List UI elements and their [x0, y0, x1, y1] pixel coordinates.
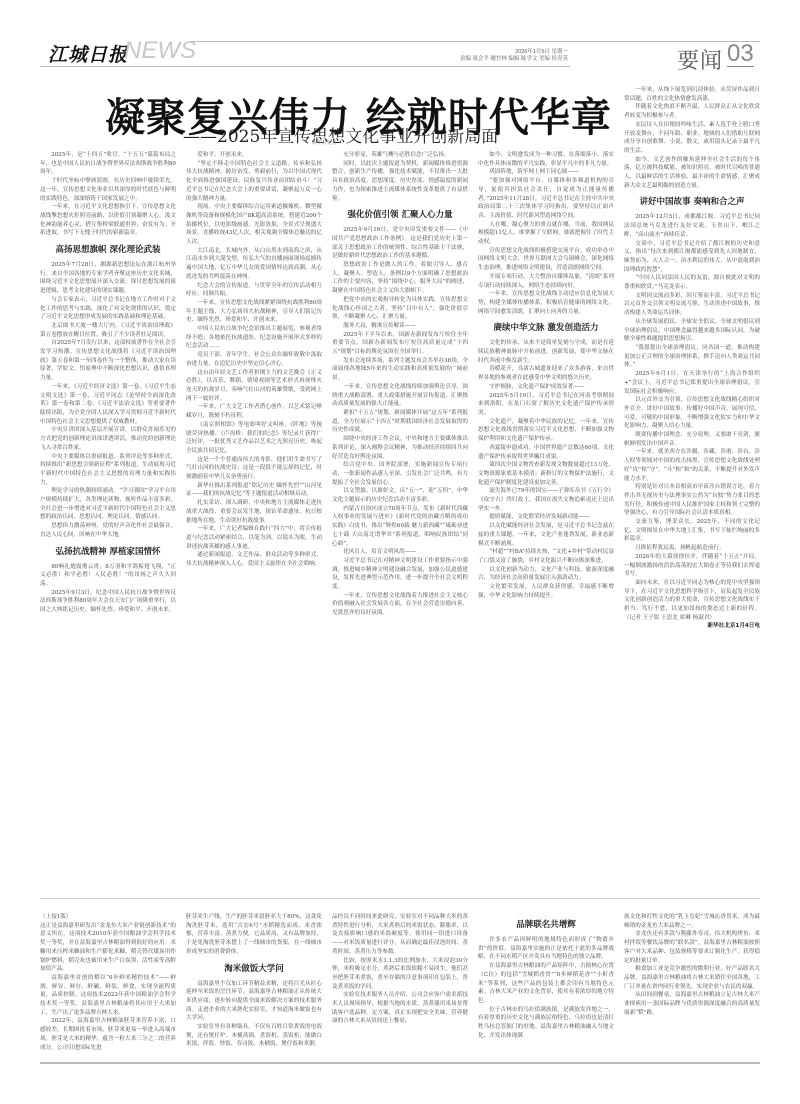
paragraph: 紧扣“十五五”规划，新闻媒体开展“这五年”系列报道，全方位展示“十四五”时期我国… — [332, 409, 468, 435]
paragraph: 充分彰显，英雄气概与必胜信念广泛弘扬。 — [332, 151, 468, 160]
paragraph: 党员干部、青年学生、社会公众在缅怀致敬中汲取奋进力量，在追忆历史中坚定信心决心。 — [186, 351, 322, 368]
section-divider — [40, 898, 760, 899]
paragraph: 2022年，益海嘉里吉林粮油胚芽米营养丰富，口感较差，长期困扰着市场，胚芽米更易… — [40, 1017, 176, 1052]
paragraph: 且纵征程犹远衷，扬帆起航赴前行。 — [624, 544, 760, 553]
paragraph: 2026年的大幕徐徐拉开，伴随着“十五五”开局，一幅烟波激扬的浩浩荡荡的宏大图卷… — [624, 553, 760, 579]
paragraph: 于时代坐标中擘画蓝图，在历史回响中赓续荣光。这一年，宣传思想文化事业以其深厚的时… — [40, 177, 176, 203]
paragraph: 大江南北，长城内外，从白山黑水到南海之滨，从江南水乡到大漠戈壁，传弘大气的直播画… — [186, 247, 322, 282]
paragraph: 文化繁荣发展，人民群众获得感、幸福感不断增强，中华文化影响力持续提升。 — [478, 583, 614, 600]
section-heading: 品牌联名共增辉 — [478, 919, 614, 931]
article1-column-1: 2025年，是“十四五”收官、“十五五”谋篇布局之年，也是中国人民抗日战争暨世界… — [40, 151, 176, 891]
paragraph: 以元首外交为引领，宣传思想文化战线精心组织对外宣介，讲好中国故事、传播好中国声音… — [624, 396, 760, 431]
paragraph: 通过新闻报道、文艺作品、群众活动等多种形式，伟大抗战精神深入人心，爱国主义旋律在… — [186, 551, 322, 568]
paragraph: 交流互鉴，博采众长。2025年，不同的文化记忆、文明图景在中华大地上汇集，书写下… — [624, 518, 760, 544]
paragraph: 理论学习的热潮持续涌动。“学习强国”学习平台用户规模持续扩大，各类理论读物、视听… — [40, 487, 176, 522]
paragraph: 如今，文明愈发成为一种习惯。在落细落小、落实中化作具体而微的平凡实践，彰显平凡中… — [478, 151, 614, 168]
paragraph: 思想政治工作是做人的工作。着眼引导人、感召人、凝聚人、塑造人，条例以9个方面明确… — [332, 261, 468, 296]
paragraph: 现场，中央主要媒体综合运用索道摄像机、微型摄像机等设备和规模化国产8K超高清系统… — [186, 203, 322, 247]
article2-column-3: 品控员不同时间来此研究，实验室对不同品种大米的蒸煮特性进行分析，大米煮熟后的米饭… — [332, 913, 468, 1058]
paragraph: 西夏陵申遗成功，中国世界遗产总数达60项，文化遗产保护传承取得世界瞩目成果。 — [478, 444, 614, 461]
article1-column-3: 充分彰显，英雄气概与必胜信念广泛弘扬。同时，以此次主题报道为契机，新闻媒体推进资… — [332, 151, 468, 891]
paragraph: 以文塑旅、以旅彰文，庆“五一”、迎“五四”，中华文化主题展示的历史纪念活动丰富多… — [332, 487, 468, 504]
paragraph: 2025年12月5日，成都都江堰。习近平总书记同法国总统马克龙进行友好交流。玉垒… — [624, 213, 760, 239]
paper-name: 江城日报 — [48, 40, 128, 67]
paragraph: 发布会连续多场，系列主题发布会共举办38场，全面展现各地域5年来的生动实践和高质… — [332, 357, 468, 383]
paragraph: 一年来，在习近平文化思想指引下，宣传思想文化战线擎思想火炬照亮前路，以价值引领凝… — [40, 203, 176, 238]
paragraph: 2025年9月1日，在天津举行的“上海合作组织+”会议上，习近平总书记郑重提出全… — [624, 370, 760, 396]
paragraph: 新华社推出系列报道“铭记历史 缅怀先烈”“山河见证——我们的抗战记忆”等主题报道… — [186, 482, 322, 499]
paragraph: 春暖花开，良渚古城遗址迎来了众多游客，来自世界各地的参观者在此感受中华文明的悠久… — [478, 365, 614, 382]
paragraph: 从田间到餐桌，益海嘉里吉林粮油立足吉林大米产业探索出一条国际品牌与优质资源深度融… — [624, 991, 760, 1017]
paragraph: 同时，以此次主题报道为契机，新闻媒体推进资源整合，创新生产传播，强化技术赋能，不… — [332, 160, 468, 204]
section-title: 要闻 — [677, 44, 723, 75]
paragraph: 第四次全国文物普查新发现文物数量超过13万处，文物资源家底基本摸清；新修订的文物… — [478, 461, 614, 487]
paragraph: 粮食加工业是竞争激烈的微利行业。好产品联名大品牌，益海嘉里吉林粮油将吉林大米销往… — [624, 965, 760, 991]
paragraph: 北京图书大厦一楼大厅内，《习近平谈治国理政》第五卷摆放在醒目位置，吸引了不少读者… — [40, 322, 176, 339]
paragraph: 在益海嘉里吉林粮油的产品矩阵中，占据核心位置（C位）的包括“雪城稻香贯”“6步鲜… — [478, 962, 614, 1006]
paragraph: 80响礼炮震彻云霄，8万羽和平鸽振翅飞翔，“正义必胜！和平必胜！人民必胜！”的昂… — [40, 563, 176, 589]
paragraph: 一年来，宣传思想文化战线着力推进社会主义核心价值观融入社会发展各方面，在全社会营… — [332, 592, 468, 618]
section-heading: 淘米做饭大学问 — [186, 963, 322, 975]
paragraph: 与会专家表示，习近平总书记在地方工作时对于文化工作的思考与实践，深化了对文化规律… — [40, 296, 176, 322]
brand-suffix: NEWS — [124, 37, 196, 65]
paragraph: “我愿提出全球治理倡议，同各国一道，推动构建更加公正合理的全球治理体系，携手迈向… — [624, 344, 760, 370]
paragraph: 一年来，宣传思想文化战线持续加强舆论引导，围绕重大战略部署、重大政策措施开展宣传… — [332, 383, 468, 409]
paragraph: 2025年9月3日，纪念中国人民抗日战争暨世界反法西斯战争胜利80周年大会在天安… — [40, 589, 176, 615]
masthead-bottom-rule-right — [270, 66, 570, 67]
paragraph: 胚芽米生产线，生产的胚芽米留胚率大于80%，这款免淘洗胚芽米，选用“吉宏6号”水… — [186, 913, 322, 957]
paragraph: “村超”“村BA”持续火热，“文化+乡村”带动村民富了口袋又富了脑袋，乡村文化振… — [478, 548, 614, 565]
paragraph: 文化的传承，从来不是简单复刻与守成，而是在延续民族精神血脉中开拓前进，创新发展，… — [478, 339, 614, 365]
paragraph: （上接1版） — [40, 913, 176, 922]
paragraph: 这台由年轻文艺工作者担纲主力的文艺晚会《正义必胜》，以音乐、舞蹈、情境戏剧等艺术… — [186, 369, 322, 404]
dateline: 新华社北京1月4日电 — [624, 622, 760, 631]
section-heading: 赓续中华文脉 激发创造活力 — [478, 322, 614, 334]
article-byline: 新华社记者 — [312, 139, 337, 146]
paragraph: 围绕中央经济工作会议，中央和地方主要媒体推出系列评论，深入阐释会议精神，为推动经… — [332, 435, 468, 461]
paragraph: 交谈中，习近平总书记介绍了都江堰的历史和意义，指出“每次来到都江堰都能感受到先人… — [624, 240, 760, 275]
paragraph: 位于吉林市的乌拉街满族镇，是满族发祥地之一，有着厚重的历史文化与满族民俗特色。乌… — [478, 1006, 614, 1041]
masthead-bottom-rule — [40, 66, 270, 67]
paragraph: 一年来，《习近平经济文选》第一卷、《习近平生态文明文选》第一卷、习近平同志《论坚… — [40, 383, 176, 427]
issue-info: 2026年1月5日 星期一 责编 巢会平 璩竹林 编辑 陈学文 美编 侯青英 — [460, 49, 568, 63]
paragraph: 一年来，宣传思想文化战线紧紧围绕抗战胜利80周年主题主线，大力弘扬伟大抗战精神，… — [186, 299, 322, 325]
paragraph: 思想伟力激荡神州，党的好声音化作社会最强音，直达人民心间，回响在中华大地。 — [40, 522, 176, 539]
section-heading: 弘扬抗战精神 厚植家国情怀 — [40, 546, 176, 558]
paragraph: 开展专项行动，大力整治自媒体乱象，“清朗”系列专项行动持续深入，网络生态持续向好… — [478, 273, 614, 290]
paragraph: “坚定不移走中国特色社会主义道路，传承和弘扬伟大抗战精神，踔厉奋发、勇毅前行，为… — [186, 160, 322, 204]
paragraph: 一年来，广大文艺工作者潜心创作，以艺术铭记峥嵘岁月，镌刻不朽征程。 — [186, 403, 322, 420]
paragraph: “中国人民同法国人民的友谊，源自彼此对文明的尊重和欣赏。”马克龙表示。 — [624, 274, 760, 291]
paragraph: 品控员不同时间来此研究，实验室对不同品种大米的蒸煮特性进行分析，大米煮熟后的米饭… — [332, 913, 468, 957]
paragraph: 内蒙古自治区成立70周年节点，发布《新时代西藏人权事业的发展与进步》《新时代党的… — [332, 505, 468, 549]
paragraph: 把党中央的宏观指导转化为具体实践，宣传思想文化战线心怀国之大者，坚持“目中有人”… — [332, 296, 468, 322]
paragraph: 2025年7月28日，湘源新思想论坛在浙江杭州举行。来自全国各地的专家学者齐聚这… — [40, 261, 176, 296]
paragraph: 益海嘉里不仅加工环节精益求精，还将目光从匠心延伸至米饭的烹饪环节。益海嘉里吉林粮… — [186, 980, 322, 1024]
paragraph: 中央主要媒体以重磅报道、系列评论等多种形式，持续推出“新思想引领新征程”系列报道… — [40, 453, 176, 488]
masthead-top-rule — [191, 41, 360, 42]
paragraph: 结合党中央、国务院部署，实施新闻宣传专项行动，一批新闻作品感人至深，引发社会广泛… — [332, 461, 468, 487]
paragraph: 2025年下半年以来，国新办新闻发布厅咬住全年重要节点，国新办新闻发布厅咬住高质… — [332, 331, 468, 357]
article2-column-2: 胚芽米生产线，生产的胚芽米留胚率大于80%，这款免淘洗胚芽米，选用“吉宏6号”水… — [186, 913, 322, 1058]
paragraph: 比如，按照米水1:1.3的比例加水，大米浸泡30分钟，米粒吸足水分，煮熟后米饭软… — [332, 957, 468, 992]
paragraph: 提质赋能，文化繁荣经济发展新动能—— — [478, 513, 614, 522]
paragraph: 金龙鱼还有多款与酱藤外寿司、伟大机构烤鱼、米村拌饭等餐饮品牌的“联名款”。益海嘉… — [624, 930, 760, 965]
article2-column-1: （上接1版）这正是益海嘉里研发出“金龙鱼大米产业链创新技术”的意义所在。这项技术… — [40, 913, 176, 1058]
paragraph: 农民诗人在田埂间吟咏生活，素人选手登上脱口秀开放麦舞台，不同年龄、职业、地域的人… — [624, 121, 760, 156]
paragraph: 益海嘉里首创的稻谷“6步鲜米精控技术”——鲜割、鲜谷、鲜存、鲜碾、鲜装、鲜食，实… — [40, 974, 176, 1018]
paragraph: 2025年，是“十四五”收官、“十五五”谋篇布局之年，也是中国人民抗日战争暨世界… — [40, 151, 176, 177]
paragraph: 文明因交流而多彩，因互鉴而丰富。习近平总书记以元首外交引领文明交流互鉴，生动讲述… — [624, 292, 760, 318]
paragraph: 伴随着文化热浪不断升温，人民群众正从文化欣赏者转变为积极参与者。 — [624, 103, 760, 120]
paragraph: 以文化赋能经济社会发展，是习近平总书记念兹在兹的重大课题。一年来，文化产业蓬勃发… — [478, 522, 614, 548]
section-heading: 高扬思想旗帜 深化理论武装 — [40, 244, 176, 256]
paragraph: 自2025年7月发行以来，这部权威著作在全社会引发学习热潮。宣传思想文化战线将《… — [40, 339, 176, 383]
page-bottom-rule — [40, 1062, 760, 1064]
paragraph: 化风育人，培育文明风尚—— — [332, 548, 468, 557]
paragraph: 2025年5月19日，习近平总书记在河南考察期间来到洛阳，在龙门石窟了解历史文化… — [478, 392, 614, 418]
paragraph: 中央宣讲团深入基层开展宣讲，以群众喜闻乐见的方式把党的创新理论讲深讲透讲活，推动… — [40, 426, 176, 452]
section-heading: 强化价值引领 汇聚人心力量 — [332, 209, 468, 221]
staff-credits: 责编 巢会平 璩竹林 编辑 陈学文 美编 侯青英 — [460, 56, 568, 63]
issue-date: 2026年1月5日 星期一 — [460, 49, 568, 56]
paragraph: 一年来，就美西方在涉疆、涉藏、涉港、涉台、涉人权等领域对中国的攻击抹黑，宣传思想… — [624, 448, 760, 483]
article-subhead: ——2025年宣传思想文化事业开创新局面 — [183, 122, 498, 147]
paragraph: 《南京照相馆》等电影叫好又叫座，《阵地》等视剧荧屏热播，《卢沟桥：我们的纪念》等… — [186, 421, 322, 456]
paragraph: 这正是益海嘉里研发出“金龙鱼大米产业链创新技术”的意义所在。这项技术2010年获… — [40, 922, 176, 974]
paragraph: 以文化创新为动力，文化产业与科技、旅游深度融合，为经济社会高质量发展注入强劲动力… — [478, 566, 614, 583]
masthead-top-rule-right — [360, 41, 760, 42]
paragraph: 习近平总书记在对精神文明建设工作重要指示中强调，推进城乡精神文明建设融合发展，加… — [332, 557, 468, 592]
paragraph: 许多农产品因鲜明的地域特色而形成了“物离乡贵”的价值，益海嘉里实施的正是依托于此… — [478, 936, 614, 962]
paragraph: 特别是针对日本首相高市早苗涉台错误言论，着力抨击其无视历史与法理事实公然为“台独… — [624, 483, 760, 518]
paragraph: 纪念大会的宣传报道，与贯穿全年的宣传活动相互呼应、同频共振。 — [186, 282, 322, 299]
paragraph: 面向未来，在以习近平同志为核心的党中央坚强领导下，在习近平文化思想科学指引下，肩… — [624, 579, 760, 623]
paragraph: 流失海外已79年的国宝——子弹库帛书《五行令》《攻守占》终归故土，我国在流失文物… — [478, 487, 614, 513]
paragraph: 文化遗产，凝聚着中华民族的记忆。一年来，宣传思想文化战线贯彻落实习近平文化思想，… — [478, 418, 614, 444]
page-number: 03 — [727, 42, 754, 67]
article2-column-4: 品牌联名共增辉许多农产品因鲜明的地域特色而形成了“物离乡贵”的价值，益海嘉里实施… — [478, 913, 614, 1058]
paragraph: 人在哪，凝心聚力的重点就在哪。当前，我国网民规模超11亿人。谁掌握了互联网，谁就… — [478, 221, 614, 247]
paragraph: 巩固阵地，筑牢网上网下同心圆—— — [478, 168, 614, 177]
paragraph: 守护根脉，文化遗产保护成效显著—— — [478, 383, 614, 392]
paragraph: 中国人民抗日战争纪念馆推出主题展览，参观者络绎不绝；各地依托抗战遗址、纪念设施开… — [186, 325, 322, 351]
article1-column-4: 如今，文明愈发成为一种习惯。在落细落小、落实中化作具体而微的平凡实践，彰显平凡中… — [478, 151, 614, 891]
paragraph: 从全球发展倡议、全球安全倡议、全球文明倡议到全球治理倡议，中国理念赢得越来越多国… — [624, 318, 760, 344]
paragraph: 一年来，从线下展览到沉浸体验，从荧屏作品到日常话题，百姓的文化热情愈发高涨。 — [624, 86, 760, 103]
paragraph: 2025年9月16日，党中央印发重要文件——《中国共产党思想政治工作条例》。这是… — [332, 226, 468, 261]
paragraph: 一年来，广大记者编辑在践行“四力”中，将宣传报道与纪念活动紧密结合，以笔为剑，以… — [186, 525, 322, 551]
paragraph: 扎实采访、深入调研，中央和地方主流媒体走进抗战重大战役、重要会议发生地，探访革命… — [186, 499, 322, 525]
paragraph: 服务大局，精准宣传解读—— — [332, 322, 468, 331]
section-heading: 讲好中国故事 奏响和合之声 — [624, 196, 760, 208]
paragraph: 既要传播中国理念、充分说理，又要敢于亮剑，旗帜鲜明发出中国声音。 — [624, 431, 760, 448]
paragraph: “要加强对网络平台、自媒体和多频道机构的引导，促使其担负社会责任，自觉成为正能量… — [478, 177, 614, 221]
paragraph: 如今，文艺创作的触角延伸至社会生活的每个角落，亿万被科技赋能、被知识照亮、被时代… — [624, 156, 760, 191]
article1-column-5: 一年来，从线下展览到沉浸体验，从荧屏作品到日常话题，百姓的文化热情愈发高涨。伴随… — [624, 86, 760, 891]
paragraph: 一年来，宣传思想文化战线主动适应信息化发展大势，构建全媒体传播体系，积极培育健康… — [478, 290, 614, 316]
paragraph: 族文化和打牲文化的“乳玉皇妃”雪城沁香贯米，成为最畅销的金龙鱼大米品牌之一。 — [624, 913, 760, 930]
paragraph: 这是一个个普通而伟大的身影，他们用生命书写了气壮山河的抗战史诗；这是一段段不能忘… — [186, 456, 322, 482]
paragraph: 实验室里有各种锅具，不仅有百姓日常煮饭的电饭煲，还有煲仔炉、木桶蒸锅、煮饭机、蒸… — [186, 1023, 322, 1049]
article2-column-5: 族文化和打牲文化的“乳玉皇妃”雪城沁香贯米，成为最畅销的金龙鱼大米品牌之一。金龙… — [624, 913, 760, 1058]
paragraph: 爱和平、开创未来。 — [186, 151, 322, 160]
article1-column-2: 爱和平、开创未来。“坚定不移走中国特色社会主义道路，传承和弘扬伟大抗战精神，踔厉… — [186, 151, 322, 891]
paragraph: 实验室技术服务人员介绍，公司会应客户需求派技术人员现场指导，根据当地的水质、蒸煮… — [332, 991, 468, 1026]
paragraph: 宣传思想文化战线积极搭建交流平台，成功举办中国网络文明大会、世界互联网大会乌镇峰… — [478, 247, 614, 273]
